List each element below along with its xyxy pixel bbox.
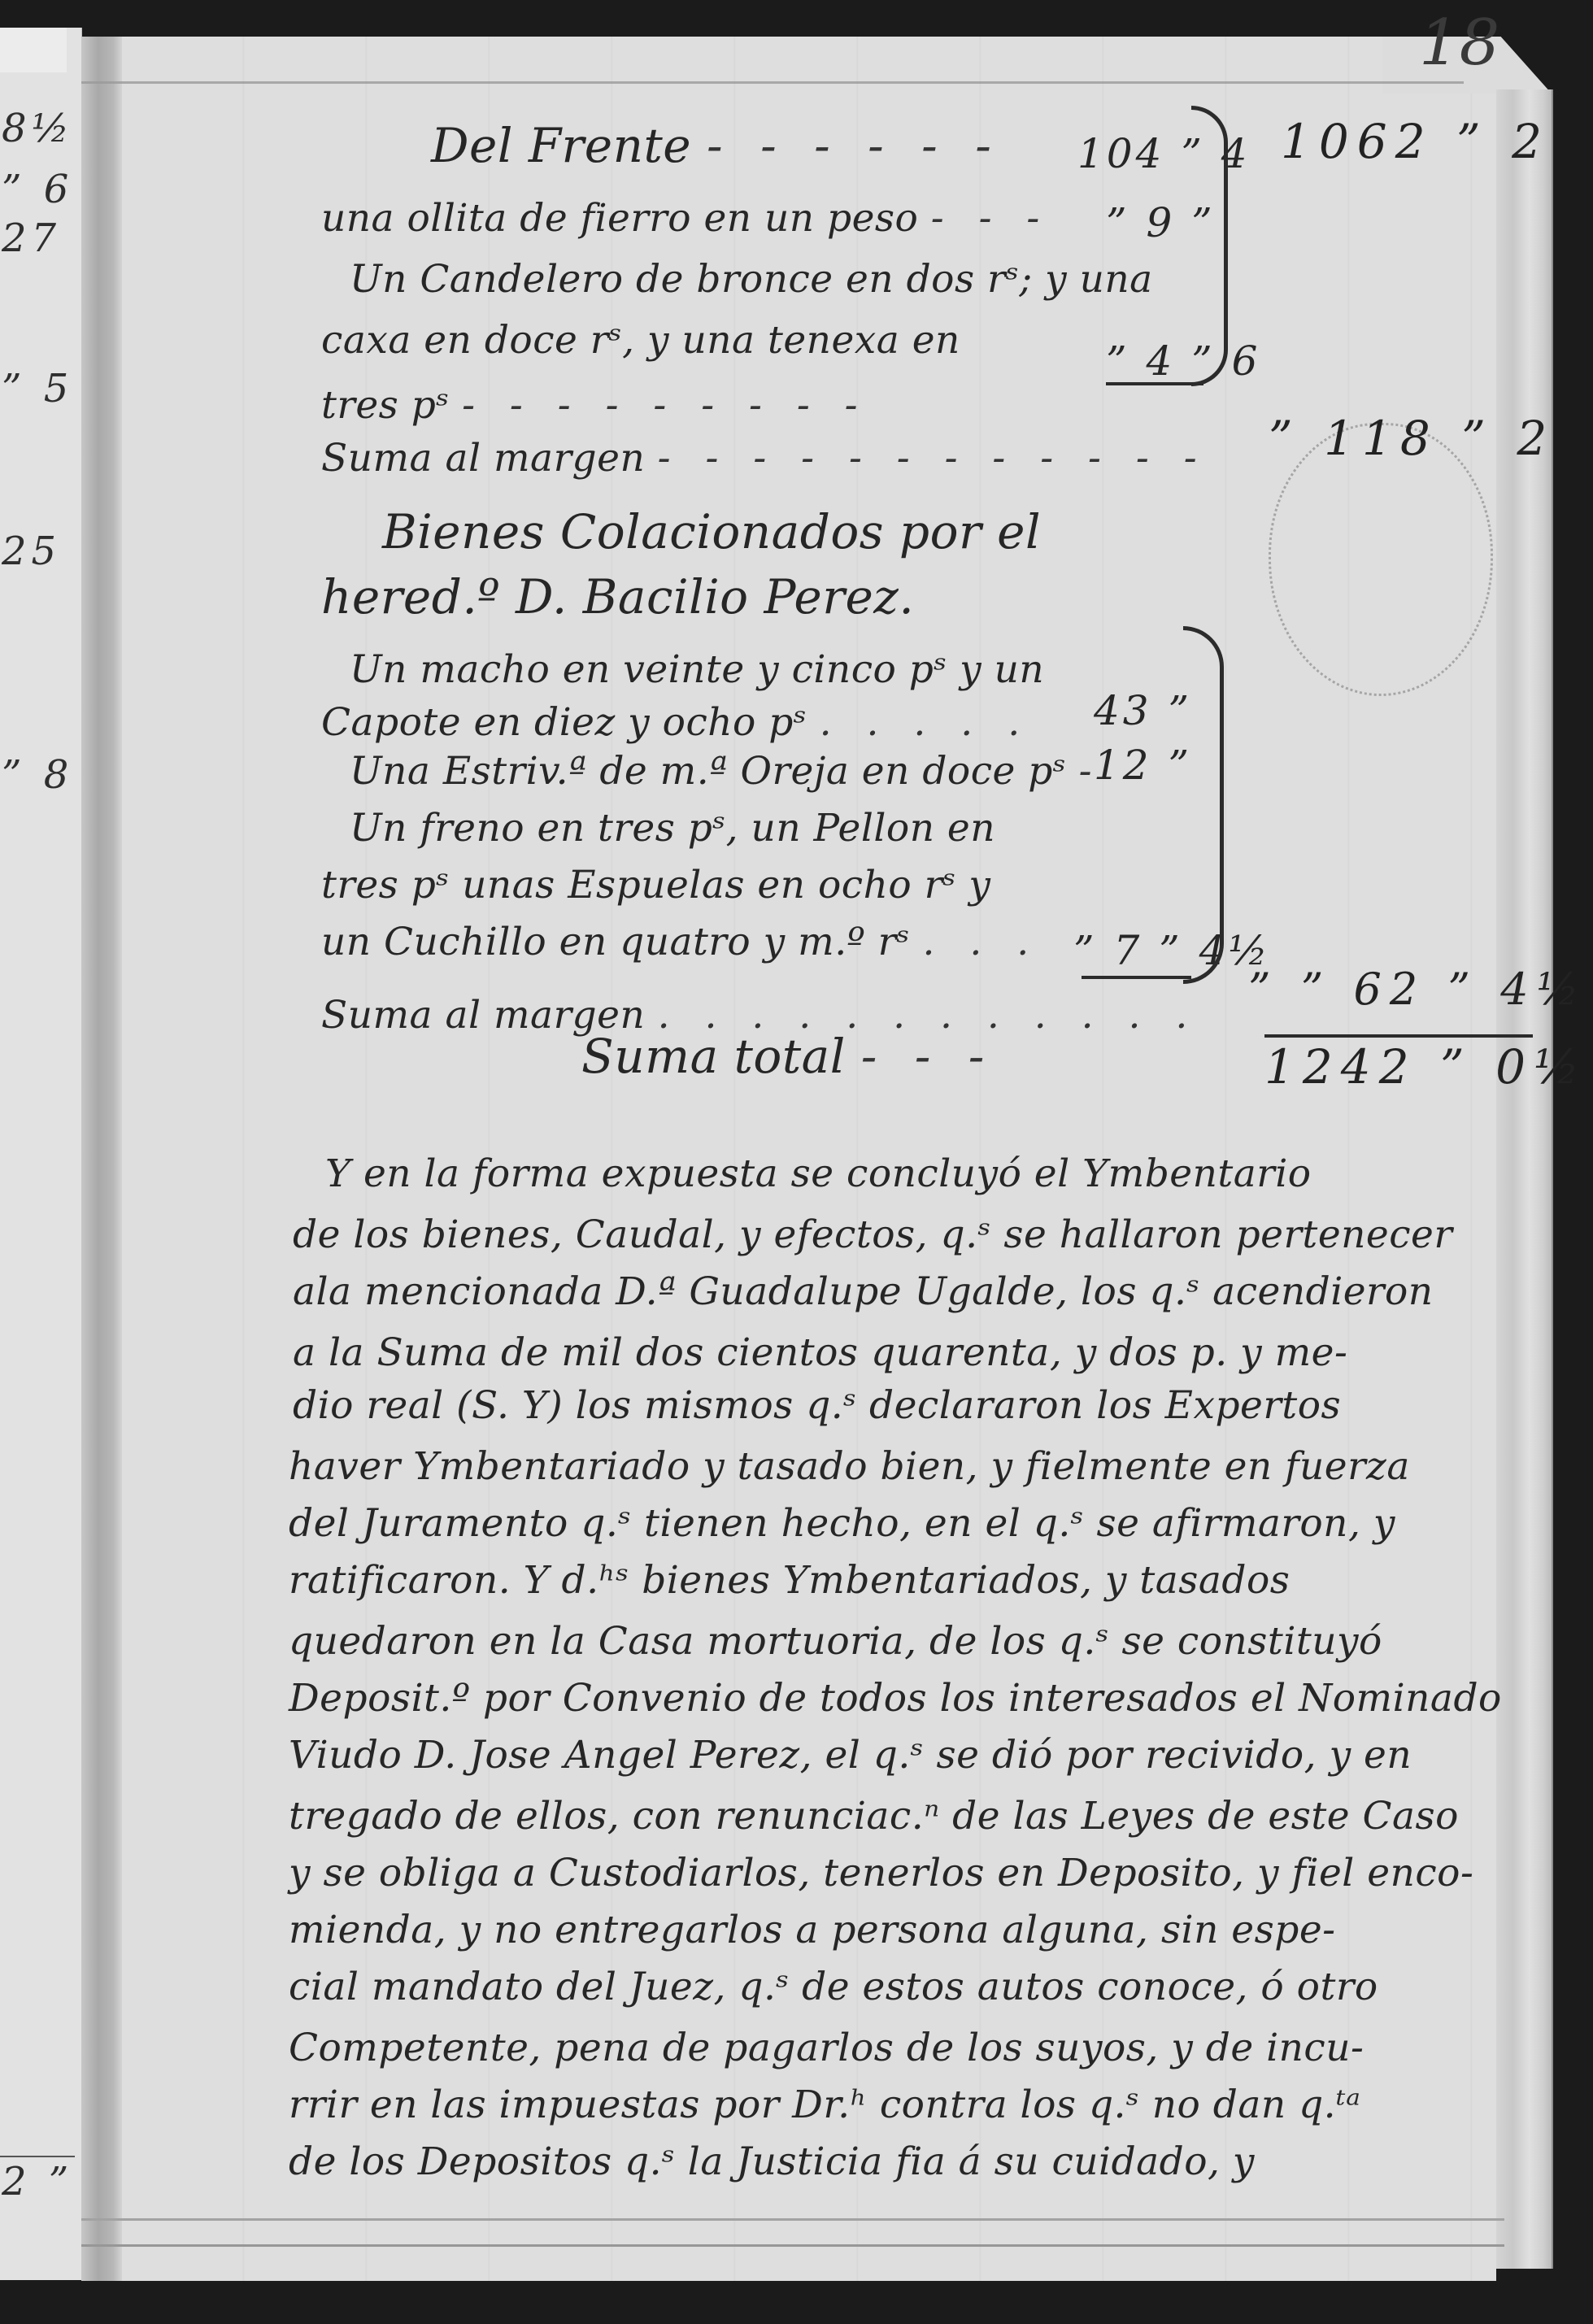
paragraph-line: mienda, y no entregarlos a persona algun… — [289, 1911, 1336, 1949]
paragraph-line: Competente, pena de pagarlos de los suyo… — [289, 2029, 1364, 2067]
item-line: Un freno en tres pˢ, un Pellon en — [350, 809, 995, 847]
subtotal-rule — [1082, 976, 1191, 979]
left-margin-amount: ” 6 — [2, 170, 73, 209]
item-text: Capote en diez y ocho pˢ — [321, 700, 807, 745]
item-line: Capote en diez y ocho pˢ . . . . . — [321, 703, 1031, 742]
grand-total-line: Suma total - - - — [581, 1033, 995, 1080]
item-text: Del Frente — [431, 118, 691, 173]
bottom-crease-line — [81, 2244, 1504, 2247]
item-text: una ollita de fierro en un peso — [321, 196, 918, 241]
subtotal-label: Suma al margen — [321, 436, 645, 481]
item-line: Un macho en veinte y cinco pˢ y un — [350, 651, 1044, 689]
leader-dots: . . . — [922, 920, 1040, 964]
left-margin-amount: ” 5 — [2, 369, 73, 408]
paragraph-line: cial mandato del Juez, q.ˢ de estos auto… — [289, 1968, 1378, 2006]
paragraph-line: rrir en las impuestas por Dr.ʰ contra lo… — [289, 2086, 1360, 2124]
paragraph-line: de los bienes, Caudal, y efectos, q.ˢ se… — [293, 1216, 1452, 1254]
grand-total-rule — [1264, 1034, 1533, 1038]
leader-dots: - - - - - - - - - — [462, 383, 868, 428]
paragraph-line: a la Suma de mil dos cientos quarenta, y… — [293, 1334, 1347, 1372]
item-line: Una Estriv.ª de m.ª Oreja en doce pˢ - — [350, 752, 1103, 790]
item-text: un Cuchillo en quatro y m.º rˢ — [321, 920, 910, 964]
folio-number: 18 — [1419, 7, 1499, 80]
item-amount: ” 4 ” 6 — [1106, 337, 1260, 385]
paragraph-line: ratificaron. Y d.ʰˢ bienes Ymbentariados… — [289, 1561, 1290, 1599]
item-line: caxa en doce rˢ, y una tenexa en — [321, 321, 960, 359]
item-text: Una Estriv.ª de m.ª Oreja en doce pˢ — [350, 749, 1066, 794]
paragraph-line: Y en la forma expuesta se concluyó el Ym… — [325, 1155, 1312, 1193]
paragraph-line: de los Depositos q.ˢ la Justicia fia á s… — [289, 2143, 1255, 2181]
paragraph-line: Viudo D. Jose Angel Perez, el q.ˢ se dió… — [289, 1736, 1412, 1774]
item-line: Del Frente - - - - - - — [431, 122, 1003, 169]
margin-subtotal: ” ” 62 ” 4½ — [1248, 964, 1587, 1015]
item-amount: ” 7 ” 4½ — [1073, 927, 1271, 974]
left-page-fragment: 8½ ” 2 ” 6 27 ” 5 25 ” 8 2 ” 2 — [0, 28, 82, 2280]
bottom-crease-line — [81, 2218, 1504, 2221]
left-margin-amount: ” 8 — [2, 755, 73, 794]
paragraph-line: Deposit.º por Convenio de todos los inte… — [289, 1679, 1502, 1717]
leader-dots: - - - - - - - - - - - - — [658, 436, 1208, 481]
paragraph-line: quedaron en la Casa mortuoria, de los q.… — [289, 1622, 1382, 1660]
item-line: una ollita de fierro en un peso - - - — [321, 199, 1051, 237]
paragraph-line: tregado de ellos, con renunciac.ⁿ de las… — [289, 1797, 1459, 1835]
left-page-torn-top — [0, 28, 67, 72]
item-line: Un Candelero de bronce en dos rˢ; y una — [350, 260, 1153, 298]
left-margin-amount: 25 — [2, 532, 61, 571]
paragraph-line: ala mencionada D.ª Guadalupe Ugalde, los… — [293, 1273, 1434, 1311]
grand-total-amount: 1242 ” 0½ — [1264, 1039, 1587, 1095]
leader-dots: - - - — [931, 196, 1051, 241]
subtotal-line: Suma al margen - - - - - - - - - - - - — [321, 439, 1208, 477]
leader-dots: - - - — [861, 1029, 996, 1084]
section-heading: hered.º D. Bacilio Perez. — [321, 573, 914, 620]
leader-dots: . . . . . — [820, 700, 1031, 745]
item-line: un Cuchillo en quatro y m.º rˢ . . . — [321, 923, 1040, 961]
grouping-brace — [1183, 626, 1224, 984]
grouping-brace — [1191, 106, 1228, 386]
item-line: tres pˢ - - - - - - - - - — [321, 386, 869, 424]
section-heading: Bienes Colacionados por el — [382, 508, 1041, 555]
book-gutter — [81, 37, 124, 2281]
margin-running-total: 1062 ” 2 — [1281, 114, 1550, 169]
item-amount: 43 ” — [1094, 687, 1192, 734]
left-margin-amount: 27 — [2, 219, 61, 258]
item-text: tres pˢ — [321, 383, 450, 428]
paragraph-line: y se obliga a Custodiarlos, tenerlos en … — [289, 1854, 1473, 1892]
grand-total-label: Suma total — [581, 1029, 846, 1084]
item-amount: 12 ” — [1094, 742, 1192, 789]
paragraph-line: dio real (S. Y) los mismos q.ˢ declararo… — [293, 1386, 1341, 1425]
item-line: tres pˢ unas Espuelas en ocho rˢ y — [321, 866, 990, 904]
paragraph-line: haver Ymbentariado y tasado bien, y fiel… — [289, 1447, 1410, 1486]
left-total-rule — [0, 2156, 75, 2157]
subtotal-rule — [1106, 382, 1203, 385]
leader-dots: - - - - - - — [707, 118, 1003, 173]
margin-subtotal: ” 118 ” 2 — [1269, 411, 1555, 466]
top-crease-line — [81, 81, 1464, 84]
paragraph-line: del Juramento q.ˢ tienen hecho, en el q.… — [289, 1504, 1395, 1543]
